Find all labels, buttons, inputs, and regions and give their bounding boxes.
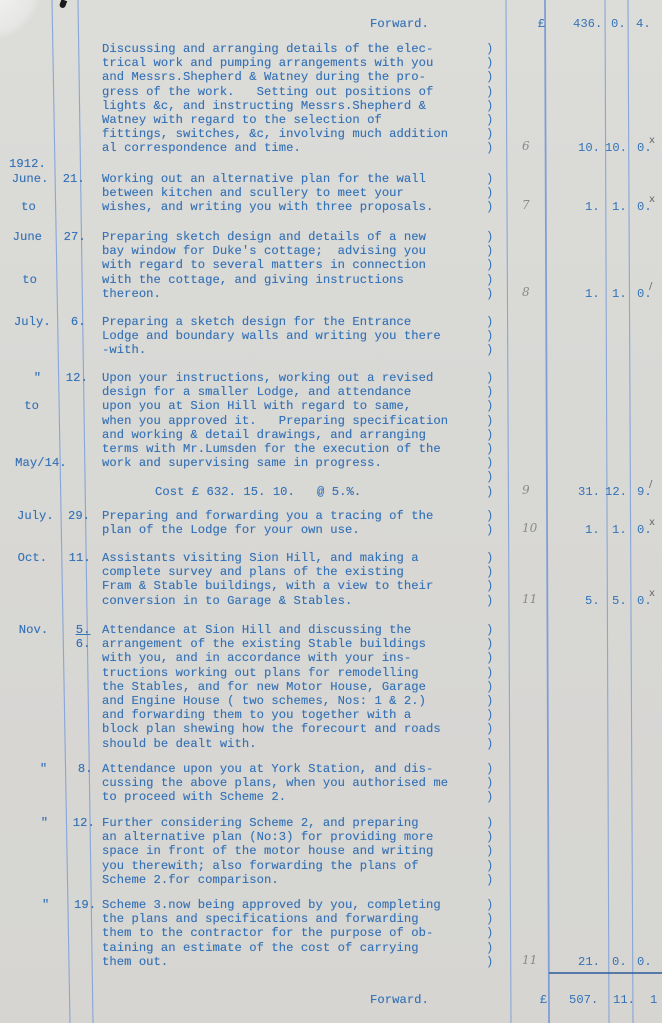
entry-shillings: 0. — [612, 955, 627, 969]
forward-bottom-pence: 1 — [650, 993, 657, 1007]
entry-folio-number: 11 — [522, 953, 537, 967]
entry-day: 27. — [64, 230, 86, 244]
entry-day: 12. — [66, 371, 88, 385]
entry-description-line: complete survey and plans of the existin… — [102, 565, 497, 579]
entry-pounds: 31. — [578, 485, 600, 499]
entry-description-line: Discussing and arranging details of the … — [102, 42, 497, 56]
entry-day: 12. — [73, 816, 95, 830]
entry-description-line: the plans and specifications and forward… — [102, 912, 497, 926]
ledger-page: Forward. £ 436. 0. 4. 1912.Discussing an… — [0, 0, 662, 1023]
entry-month: " — [34, 371, 41, 385]
forward-label-bottom: Forward. — [370, 993, 429, 1007]
entry-check-mark: x — [649, 135, 655, 146]
forward-bottom-shillings: 11. — [613, 993, 635, 1007]
entry-description-line: Fram & Stable buildings, with a view to … — [102, 579, 497, 593]
currency-symbol-top: £ — [538, 17, 545, 31]
entry-pounds: 1. — [585, 287, 600, 301]
pin-icon — [59, 0, 67, 9]
entry-description-line: block plan shewing how the forecourt and… — [102, 722, 497, 736]
entry-month: July. — [17, 509, 54, 523]
entry-description-line: with regard to several matters in connec… — [102, 258, 497, 272]
entry-brace: ) ) ) ) — [486, 551, 493, 608]
entry-description-line: Preparing a sketch design for the Entran… — [102, 315, 497, 329]
entry-pounds: 1. — [585, 523, 600, 537]
entry-description-line: with you, and in accordance with your in… — [102, 651, 497, 665]
currency-symbol-bottom: £ — [540, 993, 547, 1007]
entry-description-line: Scheme 3.now being approved by you, comp… — [102, 898, 497, 912]
entry-description-line: Scheme 2.for comparison. — [102, 873, 497, 887]
entry-description-line: -with. — [102, 343, 497, 357]
entry-description-line: al correspondence and time. — [102, 141, 497, 155]
entry-description-line: fittings, switches, &c, involving much a… — [102, 127, 497, 141]
entry-folio-number: 7 — [522, 198, 530, 212]
entry-day: 8. — [78, 762, 93, 776]
forward-label-top: Forward. — [370, 17, 429, 31]
entry-folio-number: 10 — [522, 521, 537, 535]
forward-top-shillings: 0. — [611, 17, 626, 31]
entry-brace: ) ) ) — [486, 762, 493, 805]
entry-description-line: design for a smaller Lodge, and attendan… — [102, 385, 497, 399]
forward-top-pence: 4. — [636, 17, 651, 31]
entry-brace: ) ) ) — [486, 172, 493, 215]
entry-day: 6. — [71, 315, 86, 329]
page-corner-shadow — [0, 0, 40, 40]
entry-description-line: Preparing sketch design and details of a… — [102, 230, 497, 244]
entry-description-line: upon you at Sion Hill with regard to sam… — [102, 399, 497, 413]
entry-description-line: Lodge and boundary walls and writing you… — [102, 329, 497, 343]
entry-day: 19. — [74, 898, 96, 912]
entry-description-line: between kitchen and scullery to meet you… — [102, 186, 497, 200]
entry-description-line: Working out an alternative plan for the … — [102, 172, 497, 186]
entry-pounds: 5. — [585, 594, 600, 608]
entry-description-line: taining an estimate of the cost of carry… — [102, 941, 497, 955]
entry-description-line: Further considering Scheme 2, and prepar… — [102, 816, 497, 830]
entry-description-line: plan of the Lodge for your own use. — [102, 523, 497, 537]
entry-shillings: 5. — [612, 594, 627, 608]
forward-top-pounds: 436. — [573, 17, 602, 31]
entry-month: " — [42, 898, 49, 912]
entry-description-line: an alternative plan (No:3) for providing… — [102, 830, 497, 844]
entry-pounds: 1. — [585, 200, 600, 214]
entry-shillings: 12. — [605, 485, 627, 499]
entry-description-line: gress of the work. Setting out positions… — [102, 85, 497, 99]
entry-month: July. — [14, 315, 51, 329]
entry-brace: ) ) — [486, 509, 493, 537]
entry-shillings: 1. — [612, 287, 627, 301]
entry-month: June — [13, 230, 42, 244]
entry-description-line: Upon your instructions, working out a re… — [102, 371, 497, 385]
entry-folio-number: 11 — [522, 592, 537, 606]
entry-description-line: and working & detail drawings, and arran… — [102, 428, 497, 442]
entry-description-line: them out. — [102, 955, 497, 969]
entry-brace: ) ) ) ) ) — [486, 898, 493, 969]
entry-cost-line: Cost £ 632. 15. 10. @ 5.%. — [155, 485, 361, 499]
entry-description-line: work and supervising same in progress. — [102, 456, 497, 470]
entry-pounds: 10. — [578, 141, 600, 155]
entry-pounds: 21. — [578, 955, 600, 969]
entry-description-line: and Engine House ( two schemes, Nos: 1 &… — [102, 694, 497, 708]
entry-description-line: lights &c, and instructing Messrs.Shephe… — [102, 99, 497, 113]
entry-check-mark: x — [649, 517, 655, 528]
entry-folio-number: 8 — [522, 285, 530, 299]
entry-description-line: arrangement of the existing Stable build… — [102, 637, 497, 651]
entry-description-line: and forwarding them to you together with… — [102, 708, 497, 722]
entry-description-line: when you approved it. Preparing specific… — [102, 414, 497, 428]
entry-description-line: bay window for Duke's cottage; advising … — [102, 244, 497, 258]
entry-day: 29. — [68, 509, 90, 523]
entry-description-line: them to the contractor for the purpose o… — [102, 926, 497, 940]
entry-description-line: Watney with regard to the selection of — [102, 113, 497, 127]
entry-day-second: 6. — [76, 637, 91, 651]
entry-description-line: Preparing and forwarding you a tracing o… — [102, 509, 497, 523]
entry-description-line: Attendance upon you at York Station, and… — [102, 762, 497, 776]
entry-check-mark: x — [649, 194, 655, 205]
entry-month: Oct. — [18, 551, 47, 565]
entry-description-line: with the cottage, and giving instruction… — [102, 273, 497, 287]
entry-description-line: should be dealt with. — [102, 737, 497, 751]
entry-description-line: terms with Mr.Lumsden for the execution … — [102, 442, 497, 456]
entry-description-line: the Stables, and for new Motor House, Ga… — [102, 680, 497, 694]
entry-folio-number: 6 — [522, 139, 530, 153]
entry-shillings: 10. — [605, 141, 627, 155]
entry-description-line: Attendance at Sion Hill and discussing t… — [102, 623, 497, 637]
entry-end-date: May/14. — [15, 456, 67, 470]
entry-check-mark: / — [649, 479, 652, 490]
entry-brace: ) ) ) ) ) — [486, 816, 493, 887]
entry-day: 11. — [69, 551, 91, 565]
entry-description-line: you therewith; also forwarding the plans… — [102, 859, 497, 873]
entry-description-line: to proceed with Scheme 2. — [102, 790, 497, 804]
entry-brace: ) ) ) ) ) — [486, 230, 493, 301]
entry-month: " — [40, 762, 47, 776]
entry-brace: ) ) ) ) ) ) ) ) ) — [486, 623, 493, 751]
entry-description-line: wishes, and writing you with three propo… — [102, 200, 497, 214]
entry-brace: ) ) ) — [486, 315, 493, 358]
entry-check-mark: / — [649, 281, 652, 292]
year-label: 1912. — [9, 157, 46, 171]
entry-brace: ) ) ) ) ) ) ) ) — [486, 42, 493, 156]
entry-shillings: 1. — [612, 200, 627, 214]
entry-description-line: conversion in to Garage & Stables. — [102, 594, 497, 608]
entry-description-line: tructions working out plans for remodell… — [102, 666, 497, 680]
entry-to-label: to — [21, 200, 36, 214]
entry-description-line: thereon. — [102, 287, 497, 301]
entry-day: 21. — [63, 172, 85, 186]
entry-description-line: cussing the above plans, when you author… — [102, 776, 497, 790]
entry-to-label: to — [22, 273, 37, 287]
entry-description-line: Assistants visiting Sion Hill, and makin… — [102, 551, 497, 565]
entry-to-label: to — [24, 399, 39, 413]
entry-pence: 0. — [637, 955, 652, 969]
entry-brace: ) ) ) ) ) ) ) ) ) — [486, 371, 493, 499]
forward-bottom-pounds: 507. — [569, 993, 598, 1007]
entry-month: Nov. — [19, 623, 48, 637]
entry-month: " — [41, 816, 48, 830]
entry-check-mark: x — [649, 588, 655, 599]
entry-day: 5. — [76, 623, 91, 637]
entry-month: June. — [12, 172, 49, 186]
entry-description-line: trical work and pumping arrangements wit… — [102, 56, 497, 70]
entry-description-line: and Messrs.Shepherd & Watney during the … — [102, 70, 497, 84]
entry-description-line: space in front of the motor house and wr… — [102, 844, 497, 858]
entry-folio-number: 9 — [522, 483, 530, 497]
entry-shillings: 1. — [612, 523, 627, 537]
